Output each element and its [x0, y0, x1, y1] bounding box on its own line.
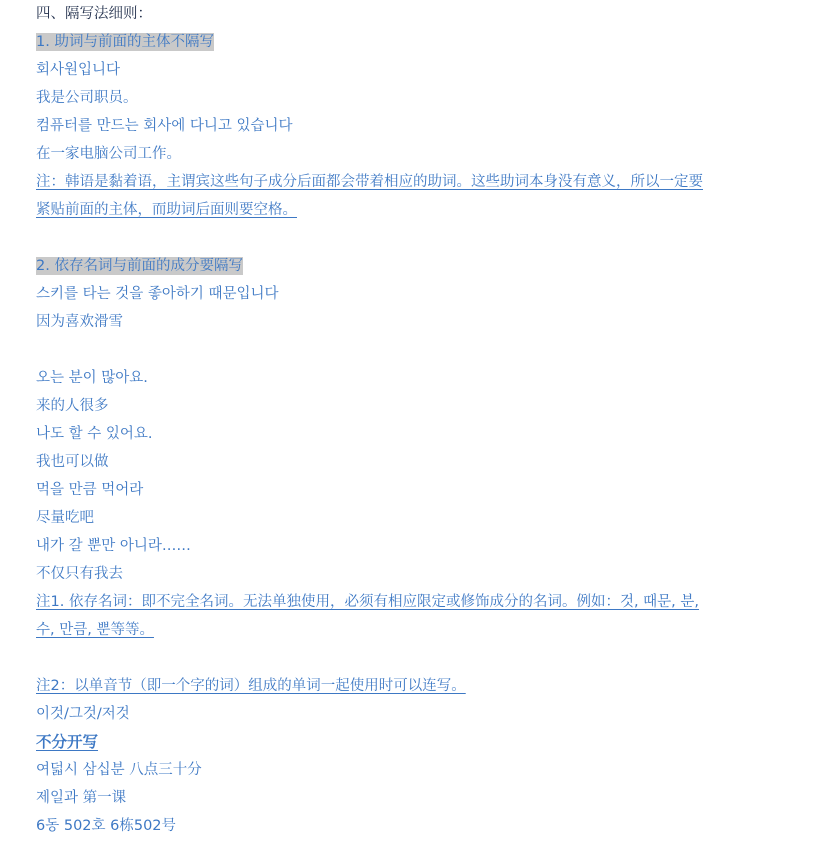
spacer [36, 224, 816, 252]
example-line: 尽量吃吧 [36, 504, 816, 532]
example-line: 컴퓨터를 만드는 회사에 다니고 있습니다 [36, 112, 816, 140]
section2-title: 2. 依存名词与前面的成分要隔写 [36, 252, 816, 280]
example-line: 먹을 만큼 먹어라 [36, 476, 816, 504]
example-line: 회사원입니다 [36, 56, 816, 84]
section1-title-text: 1. 助词与前面的主体不隔写 [36, 33, 214, 51]
example-line: 不仅只有我去 [36, 560, 816, 588]
section2-title-text: 2. 依存名词与前面的成分要隔写 [36, 257, 243, 275]
note-line: 注：韩语是黏着语，主谓宾这些句子成分后面都会带着相应的助词。这些助词本身没有意义… [36, 168, 816, 196]
document-body: 四、隔写法细则： 1. 助词与前面的主体不隔写 회사원입니다 我是公司职员。 컴… [0, 0, 816, 840]
spacer [36, 644, 816, 672]
spacer [36, 336, 816, 364]
example-line: 我也可以做 [36, 448, 816, 476]
subheading: 不分开写 [36, 728, 816, 756]
example-line: 오는 분이 많아요. [36, 364, 816, 392]
example-line: 이것/그것/저것 [36, 700, 816, 728]
example-line: 在一家电脑公司工作。 [36, 140, 816, 168]
example-line: 스키를 타는 것을 좋아하기 때문입니다 [36, 280, 816, 308]
example-line: 我是公司职员。 [36, 84, 816, 112]
section-heading: 四、隔写法细则： [36, 0, 816, 28]
note-line: 수, 만큼, 뿐等等。 [36, 616, 816, 644]
example-line: 因为喜欢滑雪 [36, 308, 816, 336]
note-line: 紧贴前面的主体，而助词后面则要空格。 [36, 196, 816, 224]
example-line: 6동 502호 6栋502号 [36, 812, 816, 840]
example-line: 내가 갈 뿐만 아니라…… [36, 532, 816, 560]
example-line: 나도 할 수 있어요. [36, 420, 816, 448]
example-line: 来的人很多 [36, 392, 816, 420]
example-line: 여덟시 삼십분 八点三十分 [36, 756, 816, 784]
example-line: 제일과 第一课 [36, 784, 816, 812]
note-line: 注1. 依存名词：即不完全名词。无法单独使用，必须有相应限定或修饰成分的名词。例… [36, 588, 816, 616]
section1-title: 1. 助词与前面的主体不隔写 [36, 28, 816, 56]
note-line: 注2：以单音节（即一个字的词）组成的单词一起使用时可以连写。 [36, 672, 816, 700]
